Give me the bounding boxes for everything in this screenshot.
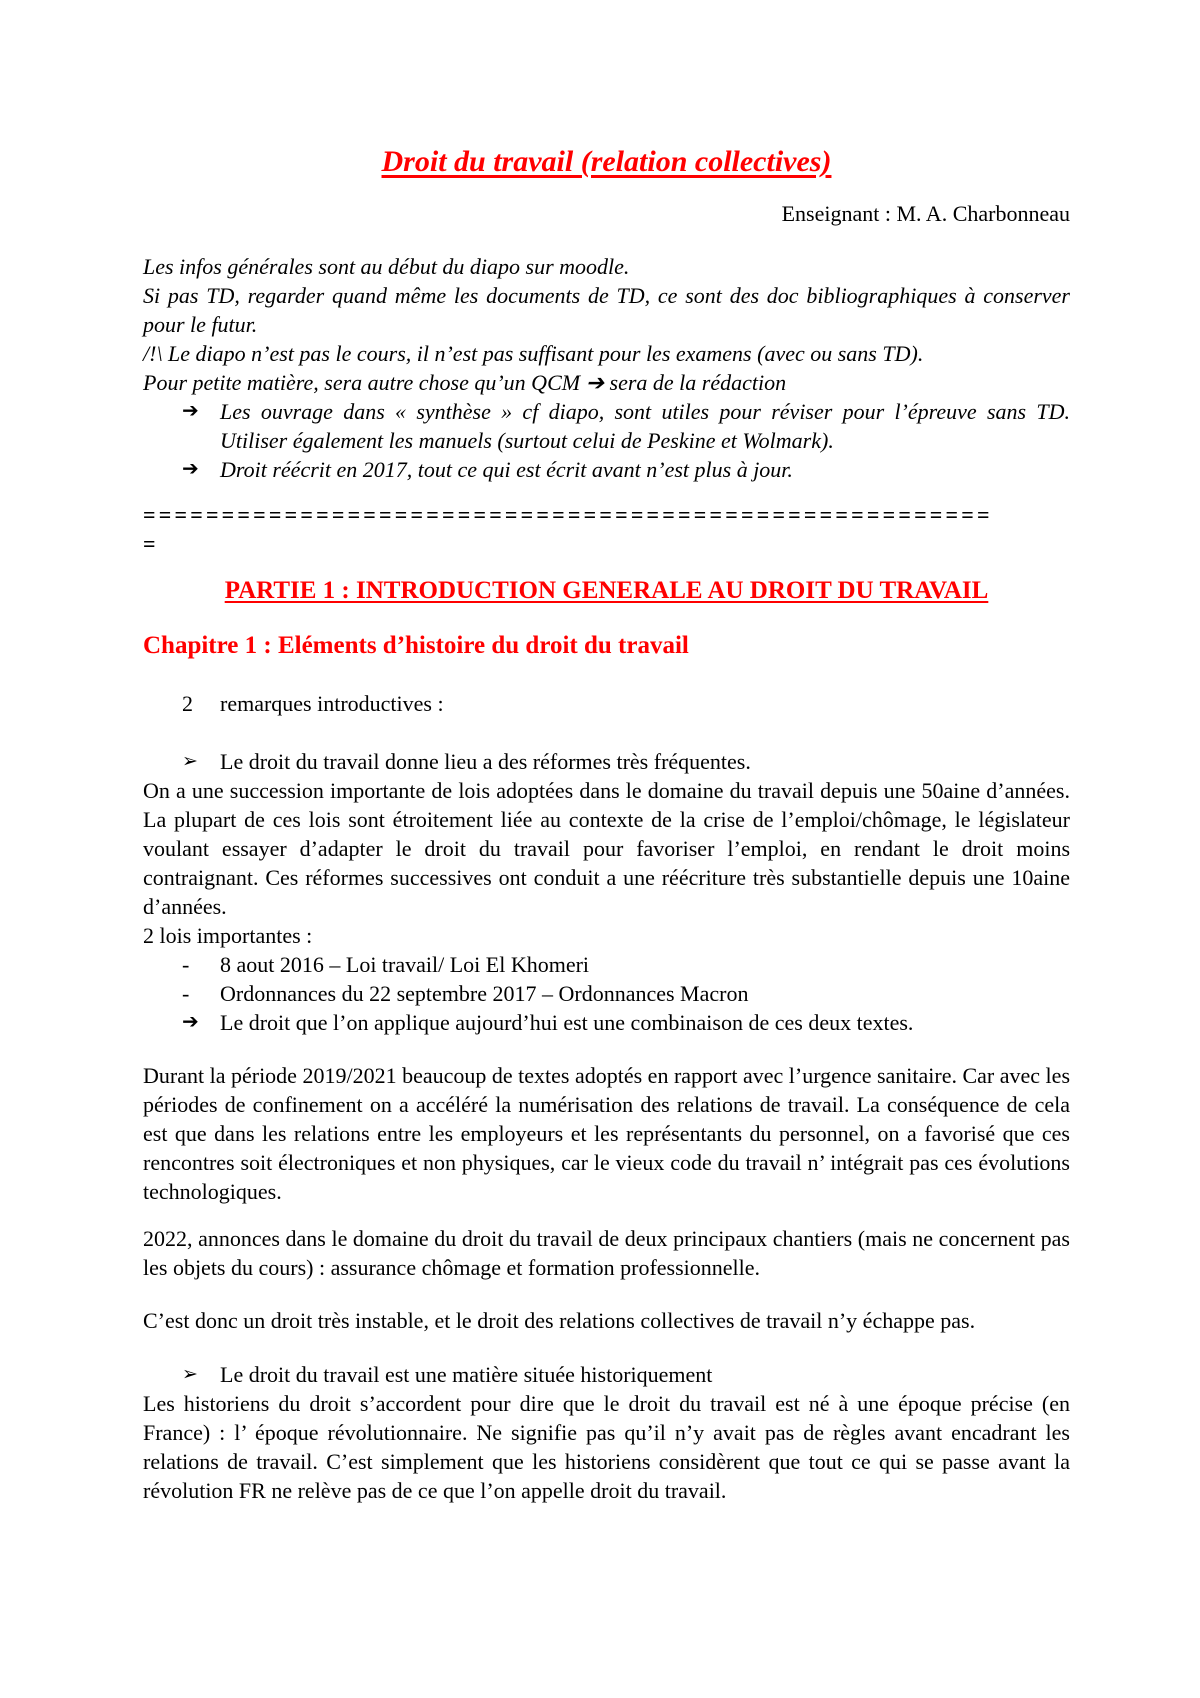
chapter-heading: Chapitre 1 : Eléments d’histoire du droi…: [143, 630, 1070, 662]
list-item: - Ordonnances du 22 septembre 2017 – Ord…: [143, 979, 1070, 1008]
chevron-bullet-icon: ➢: [182, 747, 198, 776]
law-item: Ordonnances du 22 septembre 2017 – Ordon…: [220, 979, 1070, 1008]
list-item: ➢ Le droit du travail donne lieu a des r…: [143, 747, 1070, 776]
note-line: Pour petite matière, sera autre chose qu…: [143, 368, 1070, 397]
note-bullet: Droit réécrit en 2017, tout ce qui est é…: [220, 455, 1070, 484]
list-item: ➔ Droit réécrit en 2017, tout ce qui est…: [143, 455, 1070, 484]
general-notes: Les infos générales sont au début du dia…: [143, 252, 1070, 484]
bullet-title-reforms: Le droit du travail donne lieu a des réf…: [220, 747, 1070, 776]
arrow-bullet-icon: ➔: [182, 1008, 199, 1037]
document-title: Droit du travail (relation collectives): [143, 145, 1070, 179]
paragraph-instable: C’est donc un droit très instable, et le…: [143, 1306, 1070, 1335]
note-bullet: Les ouvrage dans « synthèse » cf diapo, …: [220, 397, 1070, 455]
part-heading: PARTIE 1 : INTRODUCTION GENERALE AU DROI…: [143, 574, 1070, 608]
arrow-bullet-icon: ➔: [182, 455, 199, 484]
remarks-number: 2: [182, 689, 193, 718]
paragraph-chantiers: 2022, annonces dans le domaine du droit …: [143, 1224, 1070, 1282]
arrow-bullet-icon: ➔: [182, 397, 199, 426]
bullet-title-history: Le droit du travail est une matière situ…: [220, 1360, 1070, 1389]
dash-bullet-icon: -: [182, 979, 189, 1008]
remarks-label: remarques introductives :: [220, 691, 444, 716]
note-line: /!\ Le diapo n’est pas le cours, il n’es…: [143, 339, 1070, 368]
separator-line-1: ========================================…: [143, 500, 1070, 529]
paragraph-covid: Durant la période 2019/2021 beaucoup de …: [143, 1061, 1070, 1206]
separator-line-2: =: [143, 529, 1070, 558]
list-item: ➔ Les ouvrage dans « synthèse » cf diapo…: [143, 397, 1070, 455]
teacher-byline: Enseignant : M. A. Charbonneau: [143, 199, 1070, 228]
remarks-intro-line: 2 remarques introductives :: [143, 689, 1070, 718]
paragraph-history: Les historiens du droit s’accordent pour…: [143, 1389, 1070, 1505]
dash-bullet-icon: -: [182, 950, 189, 979]
law-item: 8 aout 2016 – Loi travail/ Loi El Khomer…: [220, 950, 1070, 979]
list-item: - 8 aout 2016 – Loi travail/ Loi El Khom…: [143, 950, 1070, 979]
two-laws-label: 2 lois importantes :: [143, 921, 1070, 950]
paragraph-reforms: On a une succession importante de lois a…: [143, 776, 1070, 921]
note-line: Si pas TD, regarder quand même les docum…: [143, 281, 1070, 339]
list-item: ➢ Le droit du travail est une matière si…: [143, 1360, 1070, 1389]
chevron-bullet-icon: ➢: [182, 1360, 198, 1389]
note-line: Les infos générales sont au début du dia…: [143, 252, 1070, 281]
list-item: ➔ Le droit que l’on applique aujourd’hui…: [143, 1008, 1070, 1037]
laws-conclusion: Le droit que l’on applique aujourd’hui e…: [220, 1008, 1070, 1037]
document-page: Droit du travail (relation collectives) …: [0, 0, 1200, 1698]
